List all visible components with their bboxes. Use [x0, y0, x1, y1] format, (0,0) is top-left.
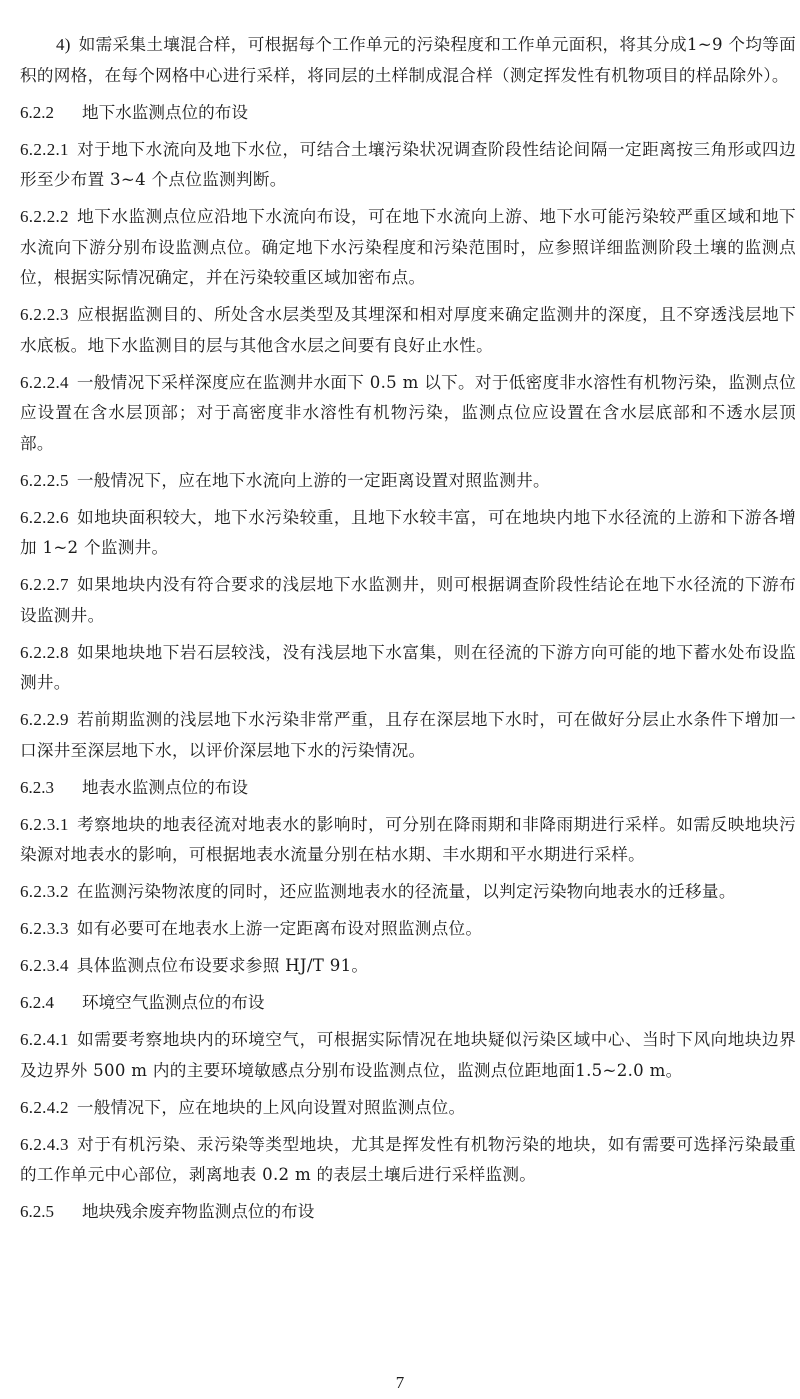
clause-text: 如果地块内没有符合要求的浅层地下水监测井，则可根据调查阶段性结论在地下水径流的下…: [20, 575, 796, 625]
paragraph-item-4: 4)如需采集土壤混合样，可根据每个工作单元的污染程度和工作单元面积，将其分成1~…: [20, 30, 796, 91]
clause-6-2-3-1: 6.2.3.1考察地块的地表径流对地表水的影响时，可分别在降雨期和非降雨期进行采…: [20, 810, 796, 871]
clause-text: 地下水监测点位应沿地下水流向布设，可在地下水流向上游、地下水可能污染较严重区域和…: [20, 207, 796, 287]
clause-text: 具体监测点位布设要求参照 HJ/T 91。: [77, 956, 368, 975]
clause-number: 6.2.2.1: [20, 140, 69, 159]
clause-number: 6.2.2.2: [20, 207, 69, 226]
section-heading-6-2-3: 6.2.3地表水监测点位的布设: [20, 773, 796, 804]
clause-number: 6.2.2.5: [20, 471, 69, 490]
clause-number: 6.2.4.2: [20, 1098, 69, 1117]
clause-6-2-3-3: 6.2.3.3如有必要可在地表水上游一定距离布设对照监测点位。: [20, 914, 796, 945]
clause-text: 对于地下水流向及地下水位，可结合土壤污染状况调查阶段性结论间隔一定距离按三角形或…: [20, 140, 796, 190]
section-number: 6.2.3: [20, 773, 82, 804]
section-heading-6-2-4: 6.2.4环境空气监测点位的布设: [20, 988, 796, 1019]
clause-number: 6.2.2.9: [20, 710, 69, 729]
clause-number: 6.2.2.8: [20, 643, 69, 662]
clause-text: 如地块面积较大，地下水污染较重，且地下水较丰富，可在地块内地下水径流的上游和下游…: [20, 508, 796, 558]
section-title: 地下水监测点位的布设: [82, 103, 248, 122]
clause-number: 6.2.2.7: [20, 575, 69, 594]
clause-6-2-4-2: 6.2.4.2一般情况下，应在地块的上风向设置对照监测点位。: [20, 1093, 796, 1124]
clause-6-2-4-3: 6.2.4.3对于有机污染、汞污染等类型地块，尤其是挥发性有机物污染的地块，如有…: [20, 1130, 796, 1191]
clause-6-2-3-4: 6.2.3.4具体监测点位布设要求参照 HJ/T 91。: [20, 951, 796, 982]
section-title: 地块残余废弃物监测点位的布设: [82, 1202, 314, 1221]
clause-number: 6.2.2.3: [20, 305, 69, 324]
clause-6-2-2-6: 6.2.2.6如地块面积较大，地下水污染较重，且地下水较丰富，可在地块内地下水径…: [20, 503, 796, 564]
clause-text: 如果地块地下岩石层较浅，没有浅层地下水富集，则在径流的下游方向可能的地下蓄水处布…: [20, 643, 796, 693]
clause-6-2-2-4: 6.2.2.4一般情况下采样深度应在监测井水面下 0.5 m 以下。对于低密度非…: [20, 368, 796, 460]
clause-number: 6.2.4.3: [20, 1135, 69, 1154]
page-number: 7: [0, 1373, 800, 1393]
document-page: 4)如需采集土壤混合样，可根据每个工作单元的污染程度和工作单元面积，将其分成1~…: [20, 30, 796, 1234]
clause-text: 如有必要可在地表水上游一定距离布设对照监测点位。: [77, 919, 482, 938]
clause-number: 6.2.2.6: [20, 508, 69, 527]
section-title: 地表水监测点位的布设: [82, 778, 248, 797]
clause-text: 考察地块的地表径流对地表水的影响时，可分别在降雨期和非降雨期进行采样。如需反映地…: [20, 815, 796, 865]
paragraph-text: 如需采集土壤混合样，可根据每个工作单元的污染程度和工作单元面积，将其分成1~9 …: [20, 35, 796, 85]
clause-6-2-2-8: 6.2.2.8如果地块地下岩石层较浅，没有浅层地下水富集，则在径流的下游方向可能…: [20, 638, 796, 699]
section-number: 6.2.5: [20, 1197, 82, 1228]
clause-text: 在监测污染物浓度的同时，还应监测地表水的径流量，以判定污染物向地表水的迁移量。: [77, 882, 736, 901]
clause-text: 一般情况下采样深度应在监测井水面下 0.5 m 以下。对于低密度非水溶性有机物污…: [20, 373, 796, 453]
clause-6-2-3-2: 6.2.3.2在监测污染物浓度的同时，还应监测地表水的径流量，以判定污染物向地表…: [20, 877, 796, 908]
clause-6-2-2-3: 6.2.2.3应根据监测目的、所处含水层类型及其埋深和相对厚度来确定监测井的深度…: [20, 300, 796, 361]
clause-text: 若前期监测的浅层地下水污染非常严重，且存在深层地下水时，可在做好分层止水条件下增…: [20, 710, 796, 760]
section-heading-6-2-5: 6.2.5地块残余废弃物监测点位的布设: [20, 1197, 796, 1228]
clause-number: 6.2.4.1: [20, 1030, 69, 1049]
clause-text: 应根据监测目的、所处含水层类型及其埋深和相对厚度来确定监测井的深度，且不穿透浅层…: [20, 305, 796, 355]
clause-text: 一般情况下，应在地下水流向上游的一定距离设置对照监测井。: [77, 471, 550, 490]
clause-6-2-2-2: 6.2.2.2地下水监测点位应沿地下水流向布设，可在地下水流向上游、地下水可能污…: [20, 202, 796, 294]
clause-number: 6.2.3.1: [20, 815, 69, 834]
clause-number: 6.2.3.3: [20, 919, 69, 938]
section-heading-6-2-2: 6.2.2地下水监测点位的布设: [20, 98, 796, 129]
clause-text: 一般情况下，应在地块的上风向设置对照监测点位。: [77, 1098, 466, 1117]
clause-6-2-2-1: 6.2.2.1对于地下水流向及地下水位，可结合土壤污染状况调查阶段性结论间隔一定…: [20, 135, 796, 196]
clause-6-2-2-9: 6.2.2.9若前期监测的浅层地下水污染非常严重，且存在深层地下水时，可在做好分…: [20, 705, 796, 766]
clause-6-2-2-5: 6.2.2.5一般情况下，应在地下水流向上游的一定距离设置对照监测井。: [20, 466, 796, 497]
clause-text: 如需要考察地块内的环境空气，可根据实际情况在地块疑似污染区域中心、当时下风向地块…: [20, 1030, 796, 1080]
clause-text: 对于有机污染、汞污染等类型地块，尤其是挥发性有机物污染的地块，如有需要可选择污染…: [20, 1135, 796, 1185]
clause-number: 6.2.3.4: [20, 956, 69, 975]
clause-6-2-4-1: 6.2.4.1如需要考察地块内的环境空气，可根据实际情况在地块疑似污染区域中心、…: [20, 1025, 796, 1086]
clause-6-2-2-7: 6.2.2.7如果地块内没有符合要求的浅层地下水监测井，则可根据调查阶段性结论在…: [20, 570, 796, 631]
section-number: 6.2.2: [20, 98, 82, 129]
item-number: 4): [56, 35, 71, 54]
clause-number: 6.2.3.2: [20, 882, 69, 901]
clause-number: 6.2.2.4: [20, 373, 69, 392]
section-number: 6.2.4: [20, 988, 82, 1019]
section-title: 环境空气监测点位的布设: [82, 993, 265, 1012]
